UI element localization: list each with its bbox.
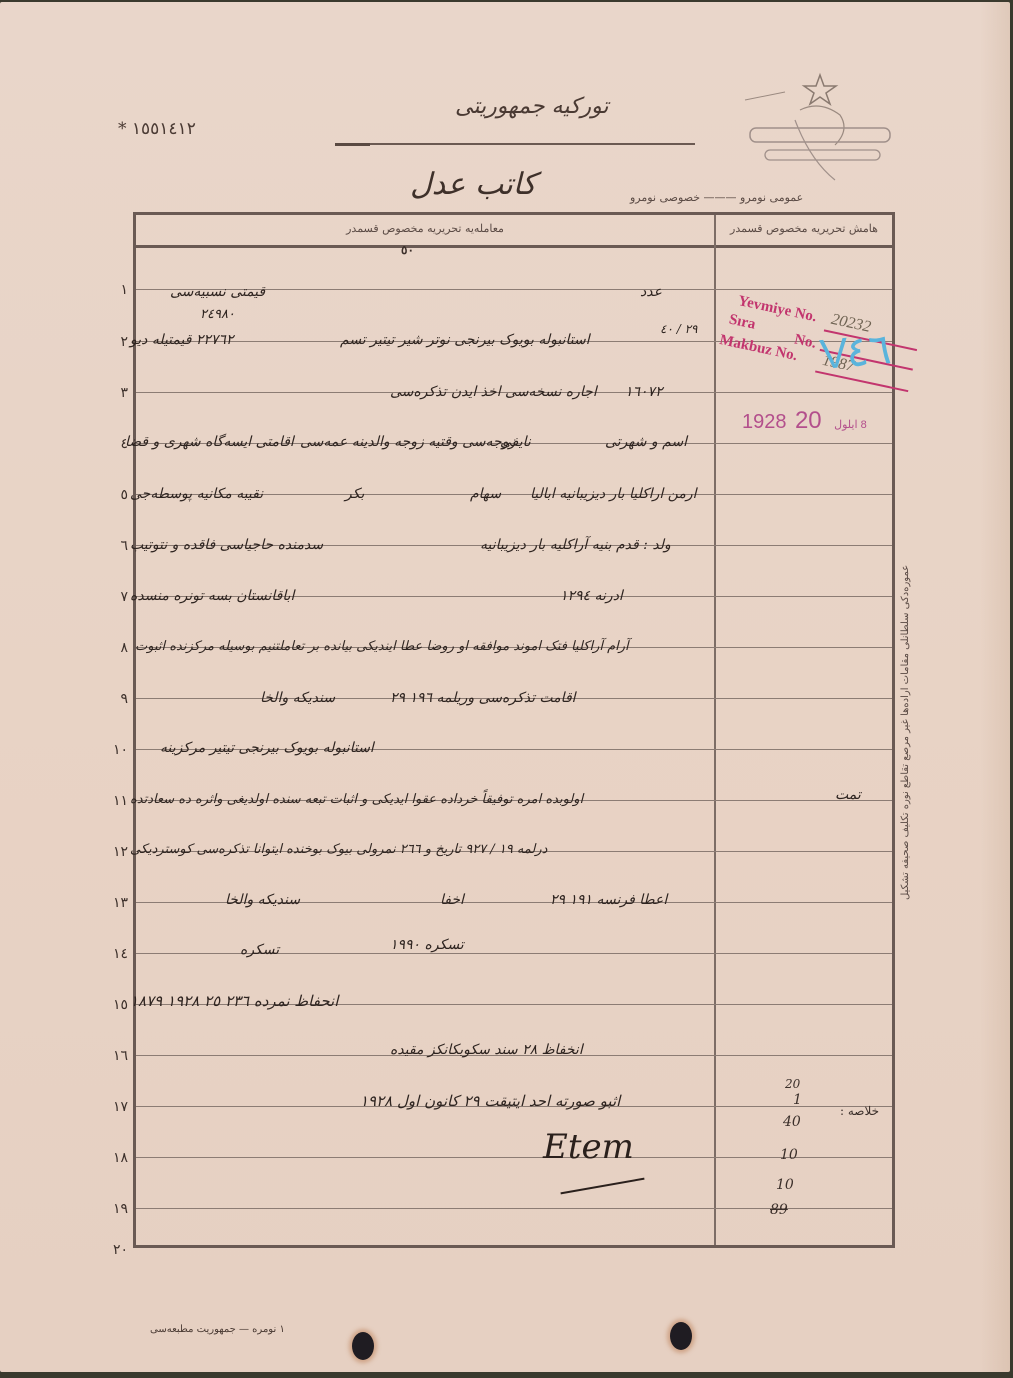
row5-middle: سهام <box>470 486 501 502</box>
star-crescent-emblem-icon <box>740 70 900 190</box>
row11-text: اولوبده امره توفیقاً خرداده عقوا ایدیکی … <box>130 792 583 807</box>
summary-value-5: 10 <box>776 1177 794 1193</box>
header-mark: ٥٠ <box>401 243 414 257</box>
row1-right: عدد <box>640 284 662 300</box>
row16-text: انخفاظ ٢٨ سند سکوبکانکز مقیده <box>390 1042 583 1058</box>
blue-pencil-mark: V٤٦ <box>818 324 893 379</box>
row-number-14: ١٤ <box>108 946 128 962</box>
margin-vertical-note: عموره‌دکی سلطانلی مقامات اراده‌ها غیر مر… <box>900 472 930 992</box>
row14-left: تسکره <box>240 942 279 958</box>
row-number-2: ٢ <box>108 334 128 350</box>
row13-center: اخفا <box>440 892 464 908</box>
date-stamp-year: 1928 <box>742 411 787 433</box>
row-number-6: ٦ <box>108 538 128 554</box>
republic-header: تورکیه جمهوریتی <box>455 94 609 119</box>
row-number-13: ١٣ <box>108 895 128 911</box>
row5-center: بکر <box>345 486 364 502</box>
row1-left: قیمتی نسبیه‌سی <box>170 284 265 300</box>
summary-value-3: 40 <box>783 1114 801 1130</box>
row13-left: سندیکه والخا <box>225 892 300 908</box>
serial-number: ١٥٥١٤١٢ * <box>118 119 196 139</box>
row2-above-left: ٢٤٩٨٠ <box>200 307 235 322</box>
row-number-10: ١٠ <box>108 742 128 758</box>
row-number-15: ١٥ <box>108 997 128 1013</box>
row9-right: اقامت تذکره‌سی وریلمه ١٩٦ ٢٩ <box>390 690 576 706</box>
row8-text: آرام آراکلیا فتک اموند موافقه او روضا عط… <box>135 639 629 654</box>
row-number-16: ١٦ <box>108 1048 128 1064</box>
row-line-18 <box>136 1157 892 1158</box>
printer-imprint: ١ نومره — جمهوریت مطبعه‌سی <box>150 1324 285 1335</box>
document-page: ١٥٥١٤١٢ * تورکیه جمهوریتی کاتب عدل عمومی… <box>0 2 1010 1372</box>
row-number-3: ٣ <box>108 385 128 401</box>
row6-left: سدمنده حاجیاسی فاقده و نتوتیب <box>130 537 323 553</box>
row17-text: اثبو صورته احد ایتیقت ٢٩ کانون اول ١٩٢٨ <box>360 1092 620 1110</box>
summary-total: 89 <box>770 1202 788 1218</box>
row-number-8: ٨ <box>108 640 128 656</box>
row-number-19: ١٩ <box>108 1201 128 1217</box>
summary-label: خلاصه : <box>840 1104 879 1118</box>
row13-right: اعطا فرنسه ١٩١ ٢٩ <box>550 892 667 908</box>
row3-middle: اجاره نسخه‌سی اخذ ایدن تذکره‌سی <box>390 384 597 400</box>
row10-text: استانبوله بویوک بیرنجی تیتیر مرکزینه <box>160 740 374 756</box>
punch-hole-right <box>670 1322 692 1350</box>
row7-right: ادرنه ١٢٩٤ <box>560 588 623 604</box>
row11-side-note: تمت <box>835 787 861 803</box>
row2-middle: استانبوله بویوک بیرنجی نوتر شیر تیتیر تس… <box>340 332 590 348</box>
row-number-9: ٩ <box>108 691 128 707</box>
summary-value-2: 1 <box>793 1092 802 1108</box>
row-number-12: ١٢ <box>108 844 128 860</box>
stamp-sira-label: Sıra <box>727 312 757 334</box>
column-divider <box>714 215 716 1245</box>
row3-right: ١٦٠٧٢ <box>625 384 663 400</box>
summary-value-4: 10 <box>780 1147 798 1163</box>
header-main-section: معامله‌یه تحریریه مخصوص قسمدر <box>136 222 714 235</box>
punch-hole-left <box>352 1332 374 1360</box>
row-number-1: ١ <box>108 282 128 298</box>
notary-signature: Etem <box>543 1127 634 1167</box>
row5-left: نقیبه مکانیه پوسطه‌جی <box>130 486 263 502</box>
date-stamp: 1928 8 ايلول 20 <box>742 407 867 435</box>
row4-right: اسم و شهرتی <box>605 434 687 450</box>
row4-middle: زوجه‌سی وقتیه زوجه والدینه عمه‌سی <box>300 434 515 450</box>
summary-value-1: 20 <box>785 1077 800 1091</box>
row-number-17: ١٧ <box>108 1099 128 1115</box>
row-number-7: ٧ <box>108 589 128 605</box>
row5-right: ارمن اراکلیا بار دیزیبانیه ابالیا <box>530 486 697 502</box>
row14-center: تسکره ١٩٩٠ <box>390 937 464 953</box>
row4-left: اقامتی ایسه‌گاه شهری و قضا <box>125 434 294 450</box>
office-title: کاتب عدل <box>410 167 536 202</box>
row2-left: ٢٢٧٦٢ قیمتیله دیو <box>130 332 233 348</box>
row2-right: ٢٩ / ٤٠ <box>660 322 697 336</box>
title-divider-accent <box>335 143 370 146</box>
title-divider <box>335 143 695 145</box>
table-header: معامله‌یه تحریریه مخصوص قسمدر هامش تحریر… <box>136 215 892 248</box>
header-margin-section: هامش تحریریه مخصوص قسمدر <box>716 222 892 235</box>
stamp-makbuz-label: Makbuz No. <box>718 332 799 365</box>
row-number-20: ٢٠ <box>108 1242 128 1258</box>
row6-right: ولد : قدم بنیه آراکلیه بار دیزیبانیه <box>480 537 671 553</box>
date-stamp-day: 20 <box>795 407 822 434</box>
number-labels: عمومی نومرو ——— خصوصی نومرو <box>630 191 803 204</box>
row-number-11: ١١ <box>108 793 128 809</box>
date-stamp-month: 8 ايلول <box>834 419 867 431</box>
row9-left: سندیکه والخا <box>260 690 335 706</box>
row12-text: درلمه ١٩ / ٩٢٧ تاریخ و ٢٦٦ نمرولی بیوک ب… <box>130 842 547 857</box>
row7-left: اباقانستان بسه تونره منسده <box>130 588 294 604</box>
row-number-18: ١٨ <box>108 1150 128 1166</box>
row15-text: انحفاظ نمرده ٢٣٦ ٢٥ ١٩٢٨ ١٨٧٩ <box>130 992 338 1010</box>
row-number-5: ٥ <box>108 487 128 503</box>
